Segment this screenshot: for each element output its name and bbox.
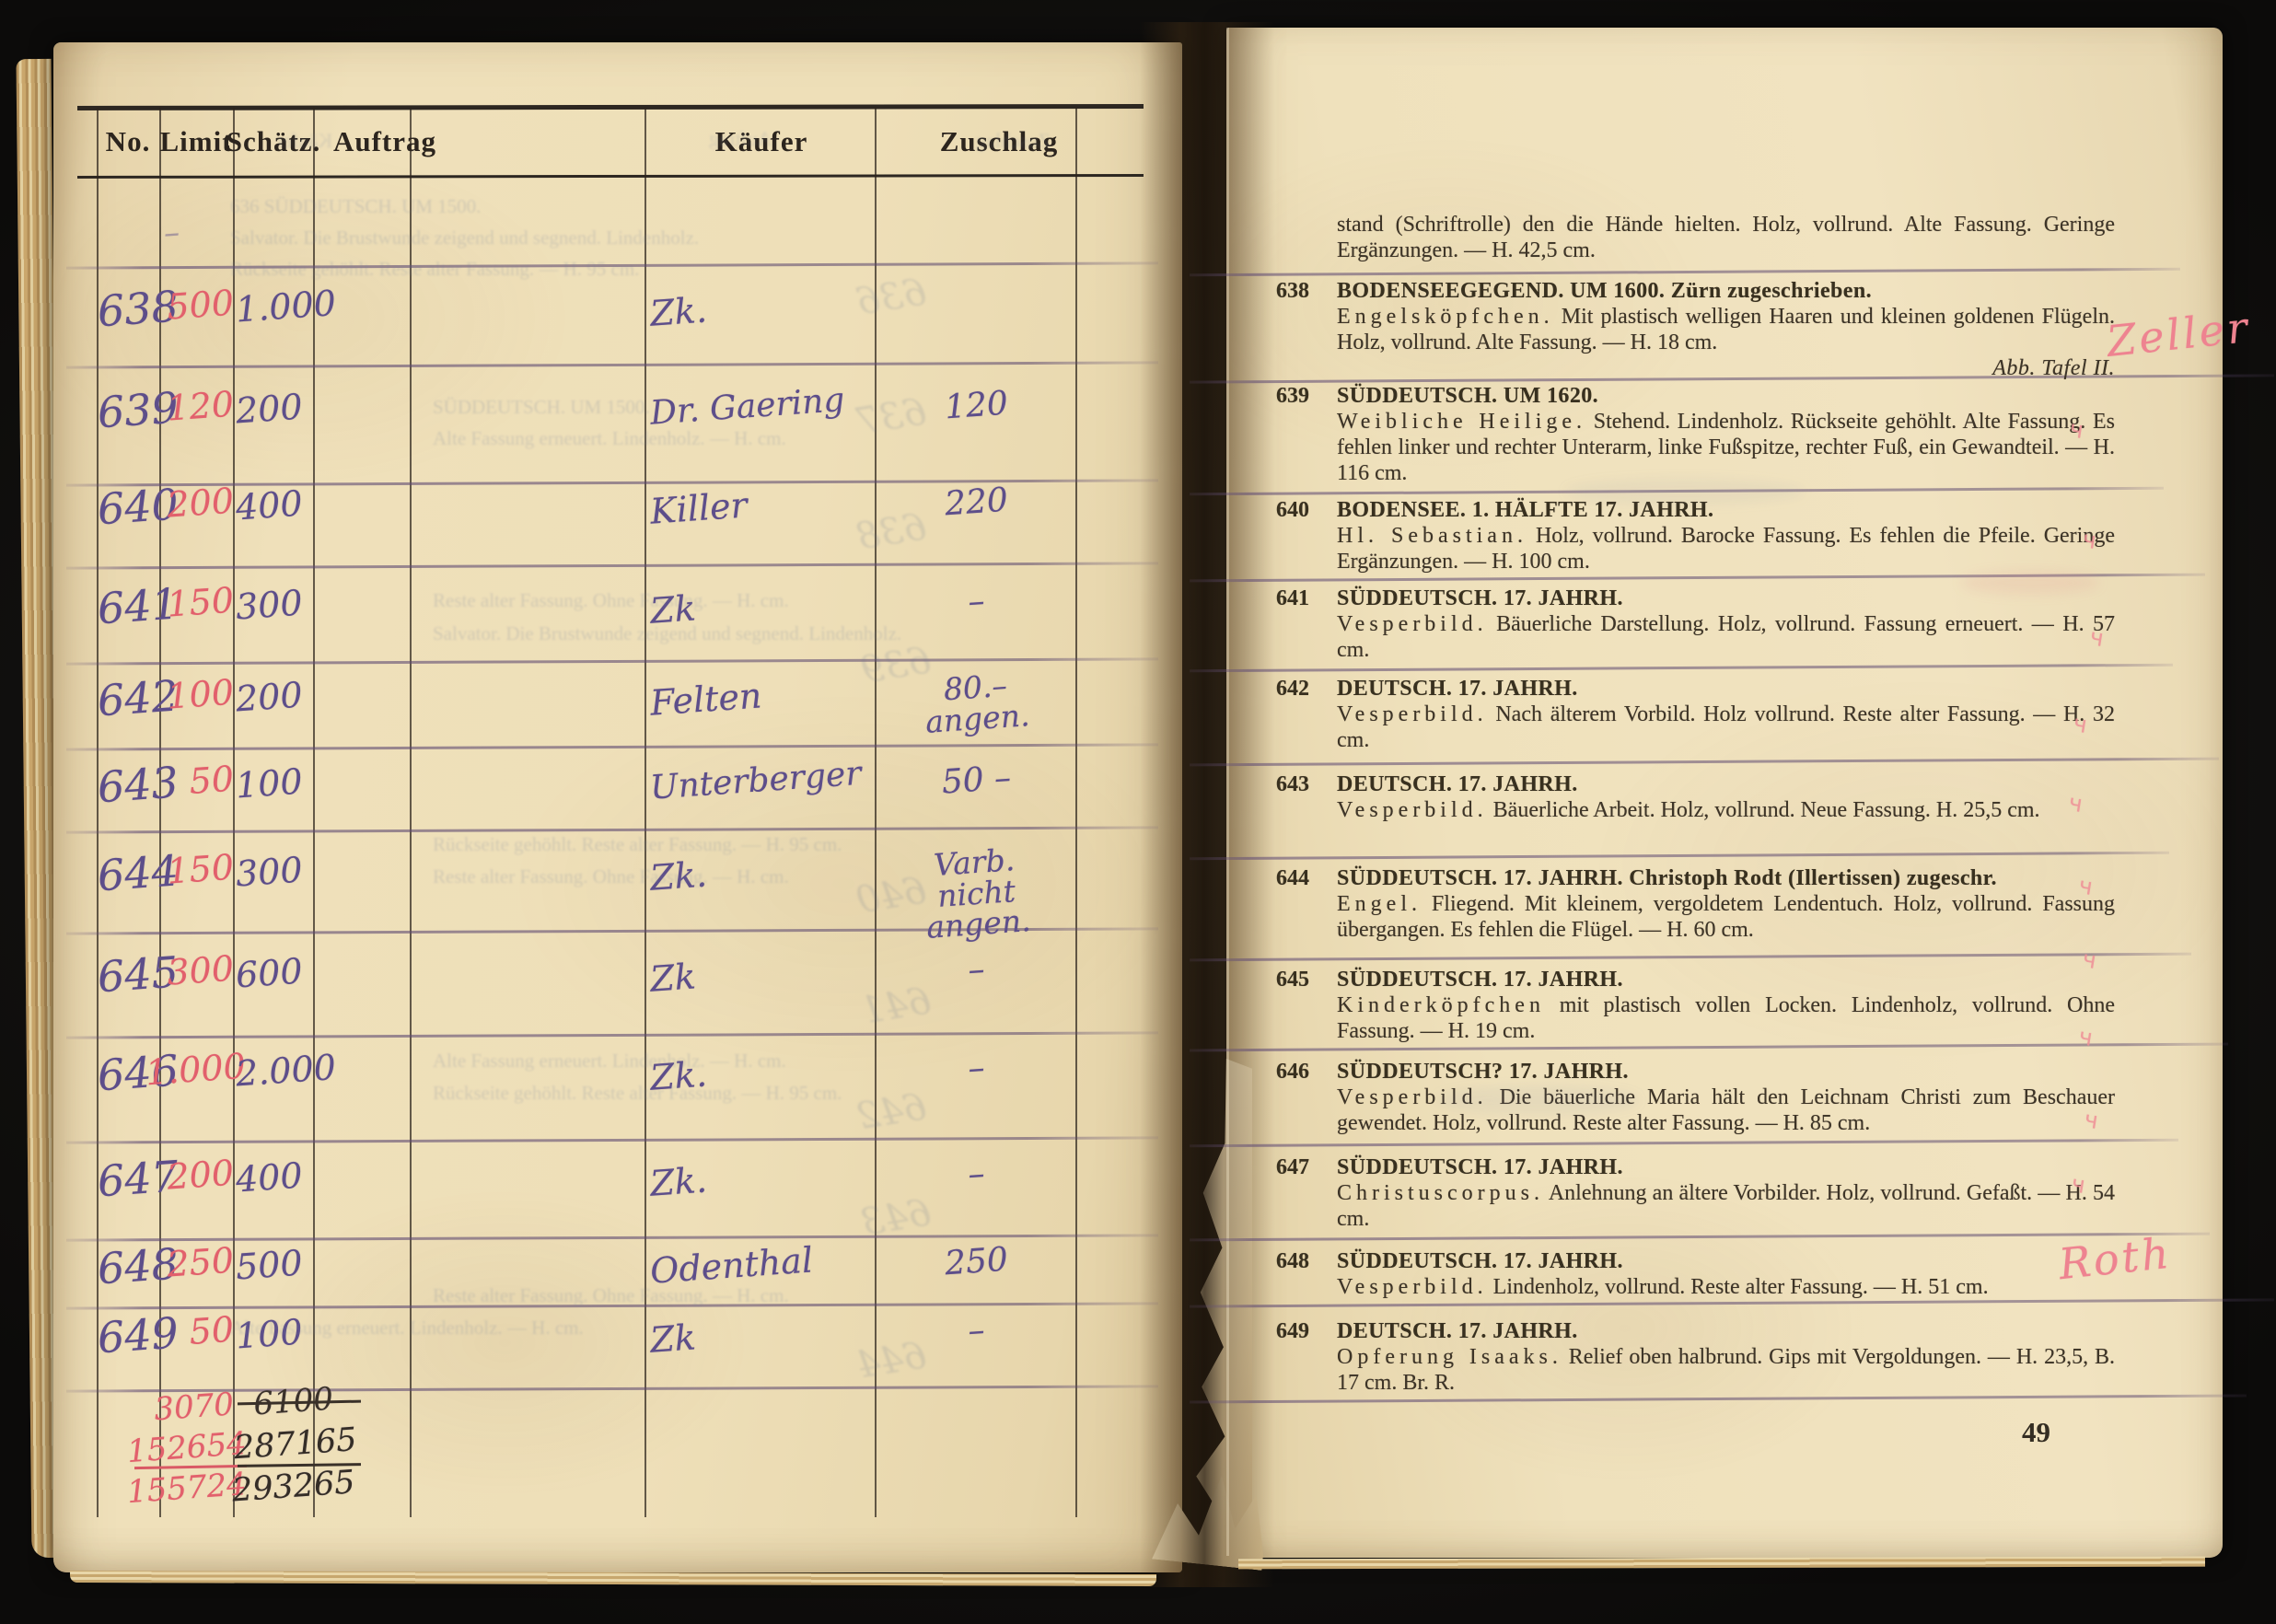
- ghost-mirror-header: Auftrag: [709, 127, 772, 151]
- lot-object-term: Opferung Isaaks.: [1337, 1345, 1562, 1369]
- lot-number: 649: [1276, 1318, 1309, 1344]
- ghost-bleed-text: Reste alter Fassung. Ohne Fassung. — H. …: [433, 865, 789, 888]
- lot-object-term: Weibliche Heilige.: [1337, 410, 1586, 434]
- schaetz-carry: 287165: [233, 1425, 349, 1466]
- lot-entry-642: 642DEUTSCH. 17. JAHRH.Vesperbild. Nach ä…: [1337, 676, 2115, 753]
- lot-heading: SÜDDEUTSCH. 17. JAHRH.: [1337, 1154, 2115, 1180]
- lot-object-term: Christuscorpus.: [1337, 1181, 1544, 1205]
- lot-number: 643: [1276, 771, 1309, 797]
- ghost-bleed-text: Alte Fassung erneuert. Lindenholz. — H. …: [433, 427, 786, 450]
- lot-description: Vesperbild. Bäuerliche Arbeit. Holz, vol…: [1337, 797, 2115, 823]
- lot-number: 638: [1276, 278, 1309, 304]
- lot-object-term: Vesperbild.: [1337, 1275, 1488, 1299]
- limit-carry: 152654: [126, 1429, 237, 1468]
- page-edge-highlight: [1226, 28, 1229, 1556]
- lot-object-term: Engel.: [1337, 892, 1422, 916]
- lot-heading: DEUTSCH. 17. JAHRH.: [1337, 771, 2115, 797]
- lot-object-term: Vesperbild.: [1337, 612, 1488, 636]
- lot-heading: DEUTSCH. 17. JAHRH.: [1337, 1318, 2115, 1344]
- ghost-bleed-text: SÜDDEUTSCH. UM 1500.: [433, 396, 650, 419]
- ledger-limit-642: 100: [145, 675, 235, 716]
- ghost-mirror-header: Käufer: [276, 129, 332, 153]
- lot-description: Kinderköpfchen mit plastisch vollen Lock…: [1337, 992, 2115, 1044]
- lot-heading: SÜDDEUTSCH. 17. JAHRH.: [1337, 967, 2115, 992]
- lot-object-term: Engelsköpfchen.: [1337, 305, 1554, 329]
- lot-entry-639: 639SÜDDEUTSCH. UM 1620.Weibliche Heilige…: [1337, 383, 2115, 486]
- ghost-bleed-text: Salvator. Die Brustwunde zeigend und seg…: [433, 622, 901, 645]
- column-header-no: No.: [106, 125, 151, 158]
- lot-object-term: Hl. Sebastian.: [1337, 524, 1527, 548]
- lot-number: 644: [1276, 865, 1309, 891]
- ink-smudge: [1436, 1086, 1639, 1114]
- limit-subtotal: 3070: [137, 1388, 235, 1427]
- ledger-limit-649: 50: [145, 1312, 235, 1353]
- ledger-limit-638: 500: [145, 285, 235, 327]
- lot-description: Weibliche Heilige. Stehend. Lindenholz. …: [1337, 409, 2115, 486]
- bottom-page-edges-right: [1238, 1557, 2205, 1570]
- lot-plate-reference: Abb. Tafel II.: [1337, 355, 2115, 381]
- lot-heading: SÜDDEUTSCH. 17. JAHRH. Christoph Rodt (I…: [1337, 865, 2115, 891]
- ledger-limit-641: 150: [145, 583, 235, 624]
- lot-number: 648: [1276, 1248, 1309, 1274]
- ink-smudge: [1961, 571, 2099, 595]
- lot-heading: BODENSEEGEGEND. UM 1600. Zürn zugeschrie…: [1337, 278, 2115, 304]
- lot-description: Engel. Fliegend. Mit kleinem, vergoldete…: [1337, 891, 2115, 943]
- lot-heading: SÜDDEUTSCH. UM 1620.: [1337, 383, 2115, 409]
- lot-heading: DEUTSCH. 17. JAHRH.: [1337, 676, 2115, 702]
- table-column-line-7: [1075, 108, 1077, 1517]
- lot-number: 640: [1276, 497, 1309, 523]
- lot-object-term: Kinderköpfchen: [1337, 993, 1545, 1017]
- lot-entry-644: 644SÜDDEUTSCH. 17. JAHRH. Christoph Rodt…: [1337, 865, 2115, 943]
- lot-object-term: Vesperbild.: [1337, 702, 1488, 726]
- lot-number: 642: [1276, 676, 1309, 702]
- lot-number: 639: [1276, 383, 1309, 409]
- lot-description: Vesperbild. Lindenholz, vollrund. Reste …: [1337, 1274, 2115, 1300]
- lot-description: Hl. Sebastian. Holz, vollrund. Barocke F…: [1337, 523, 2115, 574]
- pencil-dash: –: [163, 216, 180, 249]
- ghost-mirror-header: Zuschlag: [976, 129, 1051, 153]
- ghost-bleed-text: 636 SÜDDEUTSCH. UM 1500.: [230, 195, 481, 218]
- lot-description: Christuscorpus. Anlehnung an ältere Vorb…: [1337, 1180, 2115, 1232]
- ledger-limit-644: 150: [145, 850, 235, 891]
- ledger-limit-640: 200: [145, 483, 235, 525]
- lot-description: Opferung Isaaks. Relief oben halbrund. G…: [1337, 1344, 2115, 1396]
- ghost-bleed-text: Alte Fassung erneuert. Lindenholz. — H. …: [433, 1050, 786, 1073]
- lot-description: Engelsköpfchen. Mit plastisch welligen H…: [1337, 304, 2115, 355]
- ghost-bleed-text: Rückseite gehöhlt. Reste alter Fassung. …: [433, 1082, 842, 1105]
- ledger-limit-646: 1.000: [145, 1050, 235, 1091]
- lot-heading: SÜDDEUTSCH? 17. JAHRH.: [1337, 1059, 2115, 1085]
- page-number: 49: [2022, 1416, 2050, 1449]
- lot-object-term: Vesperbild.: [1337, 798, 1488, 822]
- ghost-bleed-text: Salvator. Die Brustwunde zeigend und seg…: [230, 226, 699, 249]
- limit-total: 155724: [126, 1469, 238, 1509]
- lot-entry-648: 648SÜDDEUTSCH. 17. JAHRH.Vesperbild. Lin…: [1337, 1248, 2115, 1300]
- auction-ledger-book-spread: stand (Schriftrolle) den die Hände hielt…: [0, 0, 2276, 1624]
- lot-number: 645: [1276, 967, 1309, 992]
- lot-entry-638: 638BODENSEEGEGEND. UM 1600. Zürn zugesch…: [1337, 278, 2115, 381]
- column-header-auftrag: Auftrag: [333, 125, 436, 158]
- lot-entry-645: 645SÜDDEUTSCH. 17. JAHRH.Kinderköpfchen …: [1337, 967, 2115, 1044]
- ghost-bleed-text: Reste alter Fassung. Ohne Fassung. — H. …: [433, 589, 789, 612]
- ghost-bleed-text: Reste alter Fassung. Ohne Fassung. — H. …: [433, 1284, 789, 1307]
- ledger-limit-643: 50: [145, 761, 235, 803]
- ghost-bleed-text: Rückseite gehöhlt. Reste alter Fassung. …: [433, 833, 842, 856]
- ledger-limit-645: 300: [145, 951, 235, 992]
- lot-entry-643: 643DEUTSCH. 17. JAHRH.Vesperbild. Bäuerl…: [1337, 771, 2115, 823]
- lot-description: Vesperbild. Nach älterem Vorbild. Holz v…: [1337, 702, 2115, 753]
- schaetz-total: 293265: [231, 1467, 353, 1509]
- lot-637-continuation-text: stand (Schriftrolle) den die Hände hielt…: [1337, 212, 2115, 263]
- lot-description: Vesperbild. Bäuerliche Darstellung. Holz…: [1337, 611, 2115, 663]
- bottom-page-edges-left: [70, 1571, 1156, 1586]
- ghost-bleed-text: Rückseite gehöhlt. Reste alter Fassung. …: [230, 258, 639, 281]
- column-header-limit: Limit: [159, 125, 232, 158]
- ink-smudge: [1565, 479, 1805, 505]
- ghost-bleed-text: Alte Fassung erneuert. Lindenholz. — H. …: [230, 1317, 584, 1340]
- lot-entry-641: 641SÜDDEUTSCH. 17. JAHRH.Vesperbild. Bäu…: [1337, 586, 2115, 663]
- lot-entry-640: 640BODENSEE. 1. HÄLFTE 17. JAHRH.Hl. Seb…: [1337, 497, 2115, 574]
- lot-number: 646: [1276, 1059, 1309, 1085]
- lot-entry-649: 649DEUTSCH. 17. JAHRH.Opferung Isaaks. R…: [1337, 1318, 2115, 1396]
- ledger-limit-639: 120: [145, 387, 235, 428]
- lot-number: 641: [1276, 586, 1309, 611]
- lot-number: 647: [1276, 1154, 1309, 1180]
- ledger-limit-647: 200: [145, 1155, 235, 1197]
- ledger-limit-648: 250: [145, 1243, 235, 1284]
- lot-heading: SÜDDEUTSCH. 17. JAHRH.: [1337, 1248, 2115, 1274]
- lot-entry-647: 647SÜDDEUTSCH. 17. JAHRH.Christuscorpus.…: [1337, 1154, 2115, 1232]
